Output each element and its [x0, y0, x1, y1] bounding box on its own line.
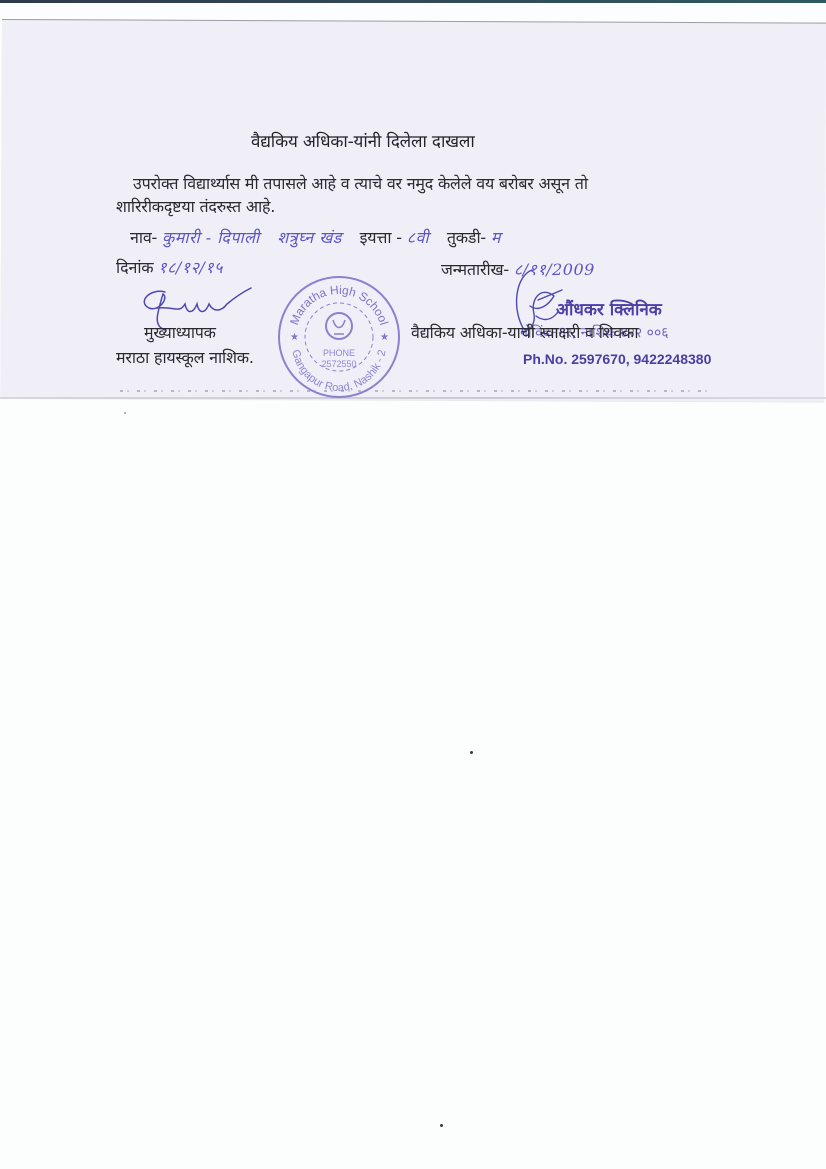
torn-edge-residue [120, 390, 710, 392]
division-label: तुकडी- [447, 228, 486, 247]
clinic-name: औंधकर क्लिनिक [556, 297, 662, 320]
doctor-signature-line: वैद्यकिय अधिका-याची स्वाक्षरी व शिक्का [411, 321, 638, 343]
class-label: इयत्ता - [360, 228, 402, 247]
date-value: १८/१२/१५ [158, 258, 223, 277]
name-label: नाव- [130, 228, 157, 247]
name-row: नाव- कुमारी - दिपाली शत्रुघ्न खंड इयत्ता… [130, 226, 501, 248]
name-value-part1: कुमारी - दिपाली [162, 228, 260, 247]
paper-bottom-edge [0, 397, 826, 399]
statement-line-2: शारिरीकदृष्टया तंदरुस्त आहे. [116, 195, 275, 217]
date-row: दिनांक १८/१२/१५ [116, 256, 223, 278]
headmaster-designation: मुख्याध्यापक [144, 321, 216, 343]
stamp-phone-number: 2572550 [321, 359, 356, 369]
scanner-edge [0, 0, 826, 3]
class-value: ८वी [407, 228, 429, 247]
statement-line-1: उपरोक्त विद्यार्थ्यास मी तपासले आहे व त्… [133, 172, 588, 194]
division-value: म [491, 228, 501, 247]
svg-text:★: ★ [290, 332, 299, 343]
dob-label: जन्मतारीख- [441, 260, 509, 279]
scan-speck [124, 412, 126, 414]
stamp-phone-label: PHONE [323, 348, 355, 358]
scan-speck [440, 1124, 443, 1127]
certificate-title: वैद्यकिय अधिका-यांनी दिलेला दाखला [251, 129, 475, 152]
clinic-phone: Ph.No. 2597670, 9422248380 [523, 351, 711, 367]
school-name: मराठा हायस्कूल नाशिक. [116, 346, 254, 368]
svg-text:★: ★ [380, 332, 389, 343]
name-value-part2: शत्रुघ्न खंड [277, 228, 341, 247]
school-stamp-icon: Maratha High School Gangapur Road, Nashi… [276, 274, 402, 400]
scan-speck [470, 751, 473, 754]
date-label: दिनांक [116, 258, 153, 277]
